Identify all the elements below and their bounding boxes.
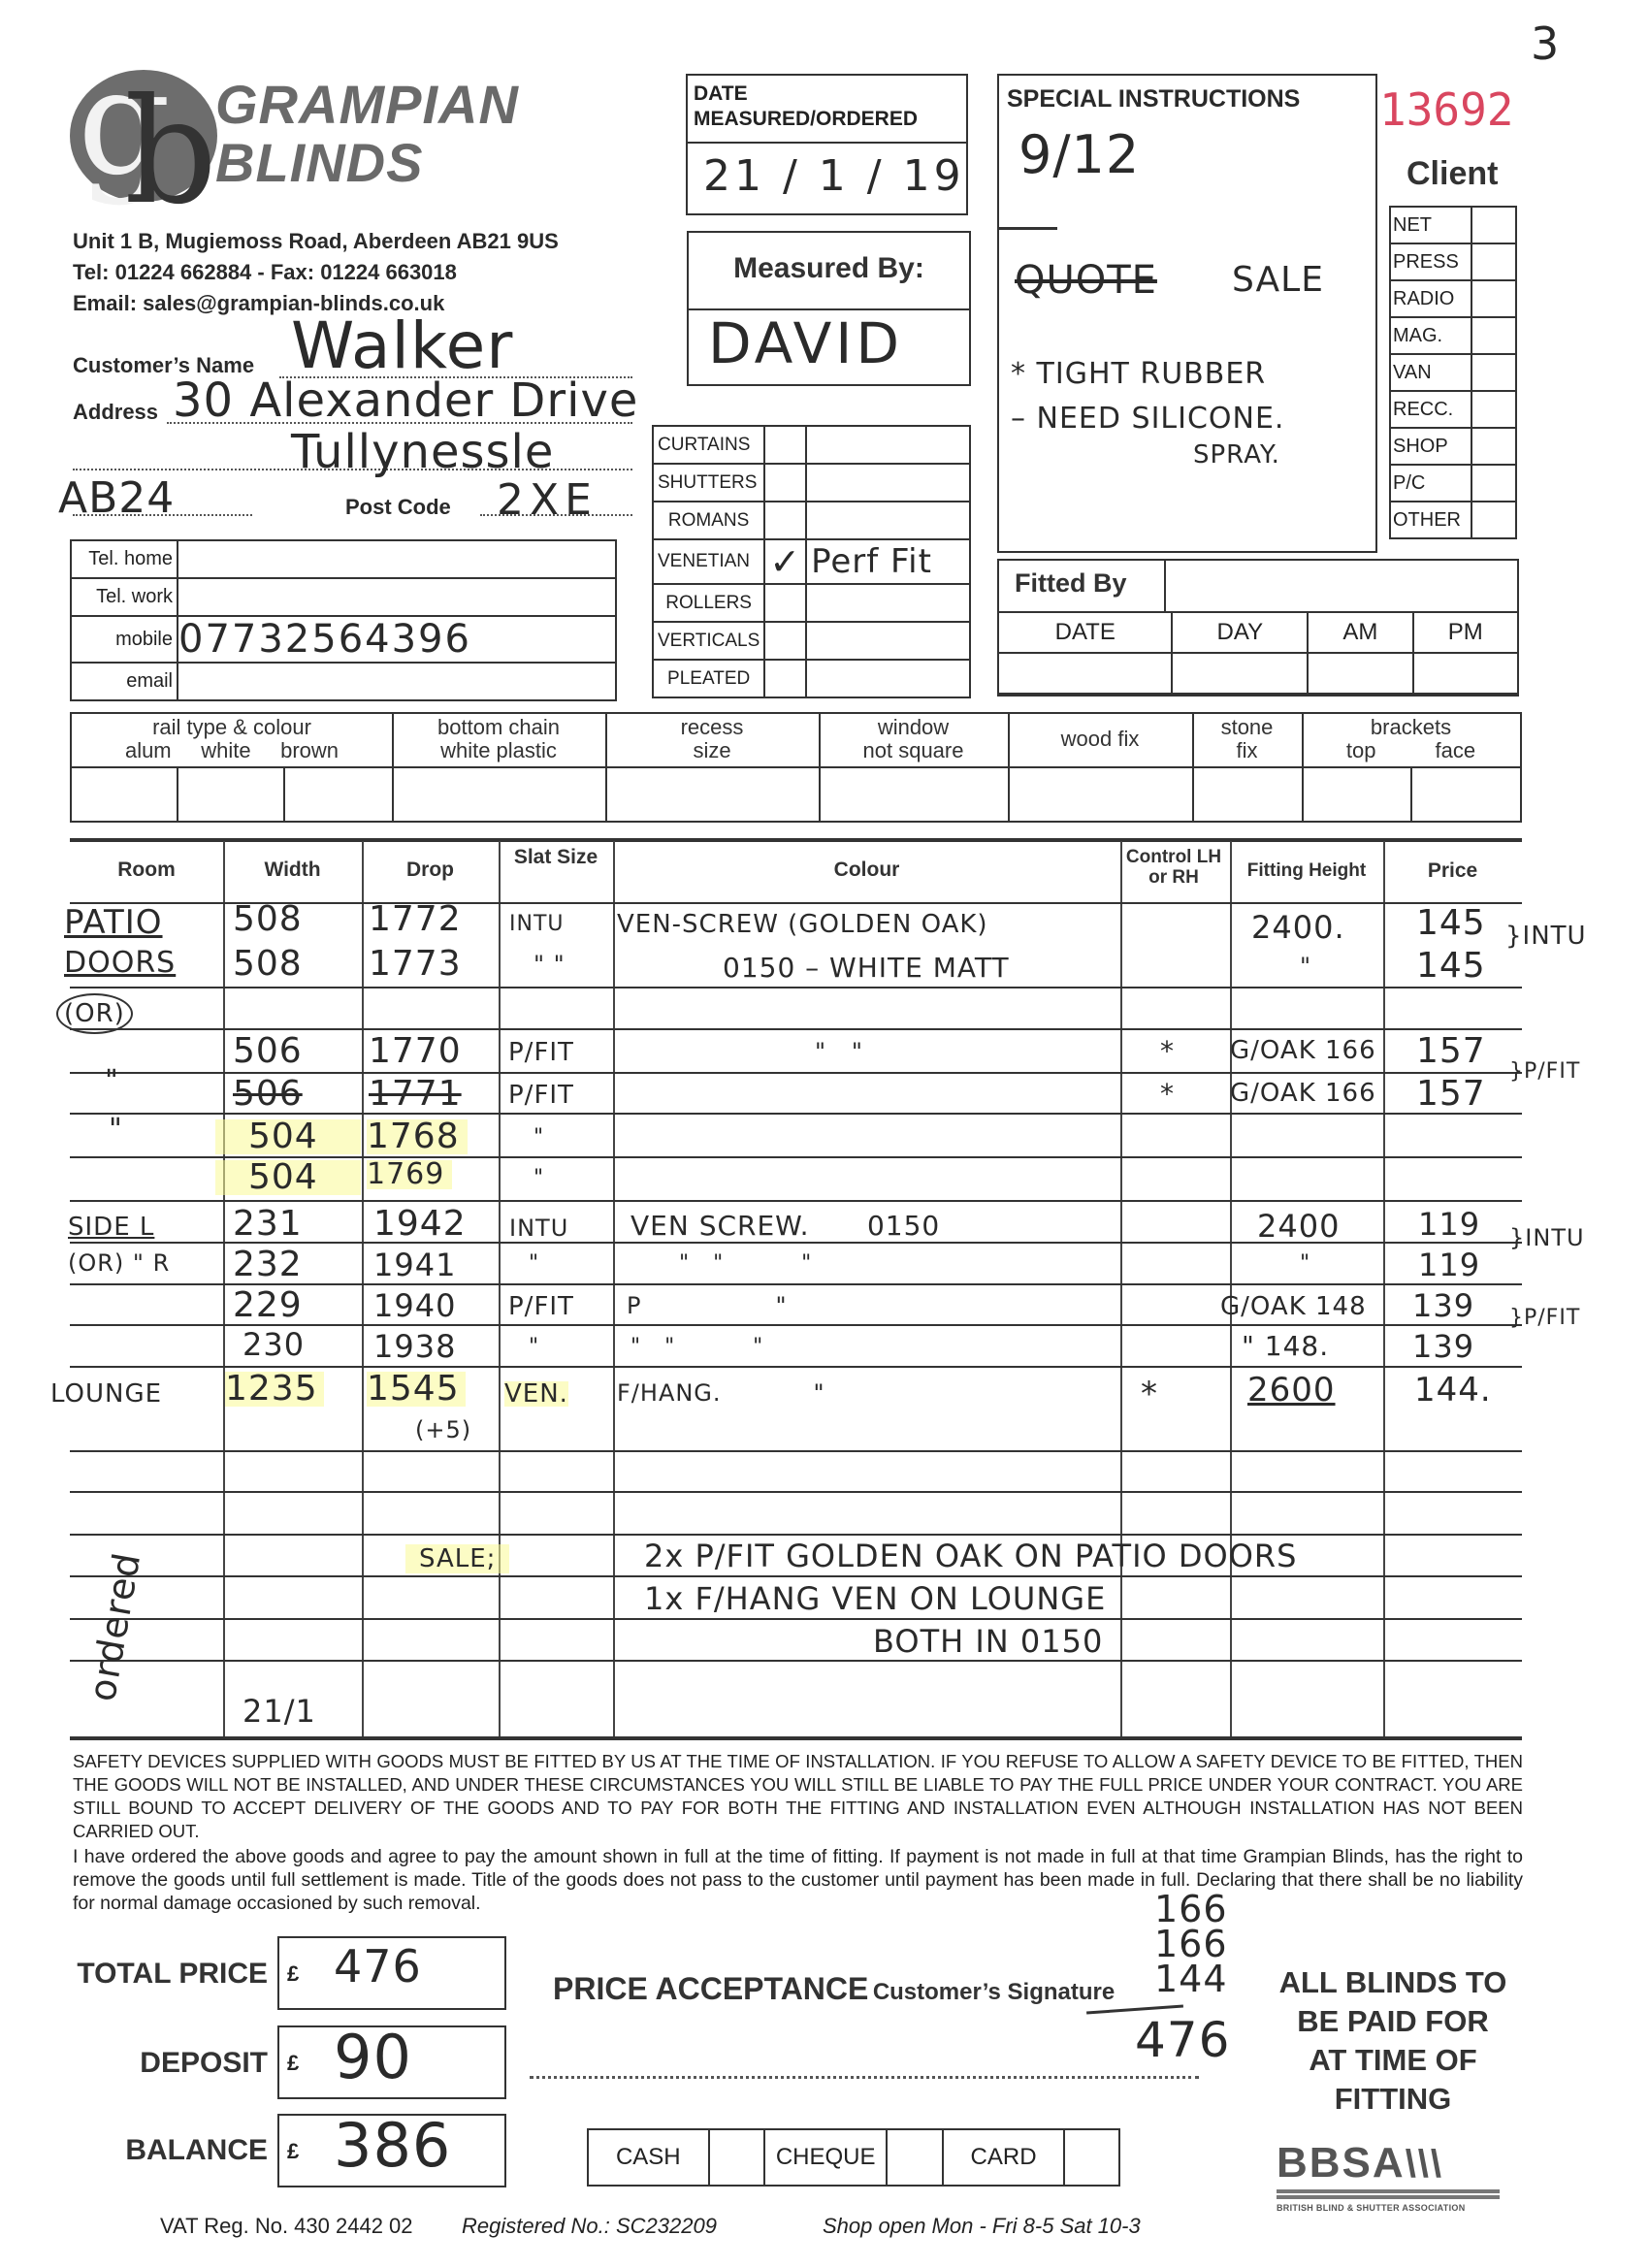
product-label: VENETIAN	[653, 539, 764, 584]
cell-slat: P/FIT	[508, 1083, 574, 1108]
product-label: CURTAINS	[653, 426, 764, 464]
cell-drop: 1769	[367, 1160, 452, 1189]
vat-number: VAT Reg. No. 430 2442 02	[160, 2214, 413, 2239]
cell-fitting-height: "	[1300, 1253, 1310, 1275]
cell-price: 144.	[1414, 1374, 1492, 1407]
rail-header-window: windownot square	[819, 716, 1008, 762]
product-note[interactable]	[806, 622, 970, 660]
client-option-checkbox[interactable]	[1471, 207, 1516, 243]
cell-fitting-height: G/OAK 148	[1220, 1294, 1367, 1319]
client-option-label: SHOP	[1390, 428, 1471, 465]
table-bottom-border	[70, 1736, 1522, 1740]
card-checkbox[interactable]	[1064, 2129, 1119, 2186]
cell-colour: " " "	[630, 1337, 763, 1358]
product-checkbox[interactable]	[764, 464, 806, 502]
cell-width: 1235	[225, 1372, 324, 1407]
tel-work-field[interactable]	[178, 578, 616, 616]
client-option-checkbox[interactable]	[1471, 465, 1516, 502]
calc-line: 166	[1154, 1927, 1228, 1961]
deposit-field[interactable]: 90	[334, 2022, 412, 2092]
contact-row: mobile 07732564396	[71, 616, 616, 663]
page-number-mark: 3	[1531, 17, 1560, 70]
divider	[688, 142, 966, 144]
fitted-col-day: DAY	[1172, 612, 1308, 653]
col-header-drop: Drop	[362, 859, 499, 881]
fitted-col-am: AM	[1308, 612, 1412, 653]
cell-colour: VEN-SCREW (GOLDEN OAK)	[617, 912, 988, 937]
cell-slat: VEN.	[504, 1381, 568, 1407]
col-header-width: Width	[223, 859, 362, 881]
order-number: 13692	[1379, 83, 1513, 136]
row-divider	[70, 1450, 1522, 1452]
cell-fitting-height: G/OAK 166	[1230, 1038, 1376, 1063]
notice-line: FITTING	[1247, 2080, 1538, 2119]
cell-fitting-height: G/OAK 166	[1230, 1081, 1376, 1106]
product-note[interactable]	[806, 584, 970, 622]
bbsa-bar	[1277, 2195, 1500, 2199]
bbsa-tagline: BRITISH BLIND & SHUTTER ASSOCIATION	[1277, 2203, 1500, 2213]
cell-colour: " "	[815, 1040, 863, 1063]
instructions-date-note[interactable]: 9/12	[1018, 124, 1140, 185]
fitted-pm-field[interactable]	[1413, 653, 1518, 694]
col-header-price: Price	[1383, 859, 1522, 882]
fitted-schedule-table: DATE DAY AM PM	[997, 611, 1519, 695]
cell-fitting-height: " 148.	[1242, 1333, 1329, 1360]
client-option-label: VAN	[1390, 354, 1471, 391]
payment-method-cheque: CHEQUE	[764, 2129, 887, 2186]
deposit-label: DEPOSIT	[74, 2047, 268, 2080]
divider	[613, 841, 615, 1738]
signature-line	[530, 2076, 1199, 2079]
product-checkbox[interactable]	[764, 426, 806, 464]
row-divider	[70, 1660, 1522, 1662]
client-option-checkbox[interactable]	[1471, 502, 1516, 538]
col-header-slat-size: Slat Size	[512, 846, 599, 868]
rail-header-bottom-chain: bottom chainwhite plastic	[392, 716, 605, 762]
rail-header-brackets: bracketstop face	[1302, 716, 1520, 762]
cell-price: 139	[1412, 1290, 1474, 1321]
safety-disclaimer: SAFETY DEVICES SUPPLIED WITH GOODS MUST …	[73, 1750, 1523, 1843]
client-option-label: RADIO	[1390, 280, 1471, 317]
date-label-line2: MEASURED/ORDERED	[694, 107, 918, 132]
cell-slat: INTU	[509, 914, 565, 935]
price-acceptance-heading: PRICE ACCEPTANCE Customer’s Signature	[553, 1971, 1115, 2007]
balance-label: BALANCE	[74, 2134, 268, 2167]
client-option-label: MAG.	[1390, 317, 1471, 354]
cell-colour: 0150 – WHITE MATT	[723, 955, 1010, 982]
cell-price: 145	[1416, 906, 1486, 941]
contact-row: Tel. home	[71, 540, 616, 578]
client-option-label: PRESS	[1390, 243, 1471, 280]
price-bracket-label: }INTU	[1509, 1224, 1585, 1251]
divider	[499, 841, 501, 1738]
address-field-line1[interactable]: 30 Alexander Drive	[173, 373, 638, 428]
deposit-box: £ 90	[277, 2025, 506, 2099]
cell-control: *	[1141, 1377, 1158, 1410]
calc-line: 166	[1154, 1892, 1228, 1927]
product-note[interactable]	[806, 426, 970, 464]
cell-slat: P/FIT	[508, 1040, 574, 1065]
cell-fitting-height: 2400.	[1251, 912, 1345, 943]
client-option-checkbox[interactable]	[1471, 317, 1516, 354]
cell-colour: F/HANG. "	[617, 1381, 825, 1405]
cell-price: 157	[1416, 1034, 1486, 1069]
date-label: DATE MEASURED/ORDERED	[694, 81, 918, 132]
rail-spec-table: rail type & colouralum white brown botto…	[70, 712, 1522, 823]
cell-slat: INTU	[509, 1216, 568, 1240]
client-option-label: P/C	[1390, 465, 1471, 502]
price-bracket-label: }P/FIT	[1509, 1306, 1580, 1330]
fitted-date-field[interactable]	[998, 653, 1172, 694]
total-price-box: £ 476	[277, 1936, 506, 2010]
cell-drop: 1768	[367, 1119, 468, 1154]
col-header-control: Control LH or RH	[1125, 848, 1222, 889]
product-label: PLEATED	[653, 660, 764, 697]
fitted-by-field[interactable]	[1174, 567, 1503, 605]
cell-room: SIDE L	[68, 1215, 154, 1240]
contact-table: Tel. home Tel. work mobile 07732564396 e…	[70, 539, 617, 701]
postcode-label: Post Code	[345, 495, 451, 520]
balance-field[interactable]: 386	[334, 2110, 451, 2181]
cell-width: 508	[233, 902, 303, 937]
product-label: ROMANS	[653, 502, 764, 539]
divider	[283, 766, 285, 821]
payment-notice: ALL BLINDS TO BE PAID FOR AT TIME OF FIT…	[1247, 1963, 1538, 2119]
cheque-checkbox[interactable]	[887, 2129, 943, 2186]
notice-line: BE PAID FOR	[1247, 2002, 1538, 2041]
cell-control: *	[1160, 1038, 1175, 1065]
cell-width: 232	[233, 1247, 303, 1282]
divider	[1120, 841, 1122, 1738]
cell-room: DOORS	[64, 949, 176, 978]
row-divider	[70, 1366, 1522, 1368]
cell-room: "	[109, 1116, 123, 1145]
col-header-colour: Colour	[613, 859, 1120, 881]
address-field-line2[interactable]: Tullynessle	[291, 425, 554, 479]
cell-room: LOUNGE	[50, 1381, 162, 1407]
cell-drop: 1772	[369, 902, 462, 937]
contact-label: mobile	[71, 616, 178, 663]
cell-price: 119	[1418, 1209, 1480, 1240]
pound-sign: £	[287, 1961, 299, 1987]
row-divider	[70, 1200, 1522, 1202]
price-acceptance-title: PRICE ACCEPTANCE	[553, 1971, 868, 2006]
contact-row: email	[71, 663, 616, 700]
total-price-field[interactable]: 476	[334, 1940, 422, 1993]
calc-total: 476	[1135, 2012, 1230, 2068]
payment-method-cash: CASH	[588, 2129, 709, 2186]
client-option-label: RECC.	[1390, 391, 1471, 428]
special-instructions-label: SPECIAL INSTRUCTIONS	[1007, 85, 1300, 113]
contact-label: email	[71, 663, 178, 700]
client-option-label: OTHER	[1390, 502, 1471, 538]
cell-room: PATIO	[64, 906, 163, 939]
cell-drop: 1773	[369, 947, 462, 982]
notice-line: AT TIME OF	[1247, 2041, 1538, 2080]
product-note[interactable]	[806, 464, 970, 502]
col-header-fitting-height: Fitting Height	[1230, 861, 1383, 882]
cell-colour: P "	[627, 1294, 788, 1317]
company-address: Unit 1 B, Mugiemoss Road, Aberdeen AB21 …	[73, 229, 559, 254]
cell-price: 145	[1416, 949, 1486, 984]
fitted-by-label: Fitted By	[1015, 568, 1127, 599]
ordered-note: ordered	[83, 1549, 145, 1703]
client-option-checkbox[interactable]	[1471, 354, 1516, 391]
col-header-room: Room	[70, 859, 223, 881]
product-note[interactable]	[806, 502, 970, 539]
address-label: Address	[73, 400, 158, 425]
cell-width: 506	[233, 1077, 303, 1112]
cell-fitting-height: 2400	[1257, 1211, 1340, 1242]
sale-note-line3: BOTH IN 0150	[873, 1626, 1103, 1657]
email-field[interactable]	[178, 663, 616, 700]
balance-box: £ 386	[277, 2114, 506, 2187]
row-divider	[70, 1028, 1522, 1030]
cell-fitting-height: "	[1300, 955, 1311, 978]
sale-note-line1: 2x P/FIT GOLDEN OAK ON PATIO DOORS	[644, 1540, 1297, 1571]
cell-width: 508	[233, 947, 303, 982]
product-checkbox[interactable]	[764, 660, 806, 697]
payment-method-card: CARD	[943, 2129, 1065, 2186]
contact-row: Tel. work	[71, 578, 616, 616]
divider	[177, 766, 178, 821]
client-source-table: NET PRESS RADIO MAG. VAN RECC. SHOP P/C …	[1389, 206, 1517, 539]
product-checkbox[interactable]	[764, 502, 806, 539]
measured-by-label: Measured By:	[689, 252, 969, 285]
registered-number: Registered No.: SC232209	[462, 2214, 717, 2239]
cash-checkbox[interactable]	[709, 2129, 765, 2186]
client-option-checkbox[interactable]	[1471, 391, 1516, 428]
signature-label: Customer’s Signature	[873, 1979, 1115, 2005]
cell-width: 231	[233, 1207, 303, 1242]
cell-price: 157	[1416, 1077, 1486, 1112]
quote-struck-text: QUOTE	[1015, 258, 1157, 303]
fitted-am-field[interactable]	[1308, 653, 1412, 694]
cell-slat: "	[533, 1168, 544, 1189]
fitted-day-field[interactable]	[1172, 653, 1308, 694]
brand-name-line1: GRAMPIAN	[215, 73, 519, 136]
divider	[223, 841, 225, 1738]
postcode-field[interactable]: 2XE	[497, 475, 598, 525]
measured-by-field[interactable]: DAVID	[708, 310, 903, 376]
ink-line	[999, 227, 1057, 230]
row-divider	[70, 987, 1522, 988]
tel-home-field[interactable]	[178, 540, 616, 578]
cell-fitting-height: 2600	[1247, 1374, 1336, 1407]
instruction-note-line2[interactable]: – NEED SILICONE.	[1011, 402, 1284, 436]
client-source-label: Client	[1406, 155, 1498, 193]
cell-colour: VEN SCREW. 0150	[630, 1213, 940, 1240]
cell-room-or-circled: (OR)	[56, 993, 133, 1034]
client-option-checkbox[interactable]	[1471, 280, 1516, 317]
contact-label: Tel. home	[71, 540, 178, 578]
divider	[1230, 841, 1232, 1738]
bbsa-logo-text: BBSA\\\	[1277, 2142, 1500, 2186]
cell-slat: P/FIT	[508, 1294, 574, 1319]
cell-slat: " "	[533, 953, 566, 976]
brand-name-line2: BLINDS	[215, 131, 423, 194]
bbsa-bar	[1277, 2189, 1500, 2193]
date-label-line1: DATE	[694, 81, 918, 107]
divider	[1383, 841, 1385, 1738]
product-checkbox[interactable]	[764, 584, 806, 622]
total-price-label: TOTAL PRICE	[74, 1958, 268, 1991]
product-note[interactable]	[806, 660, 970, 697]
cell-colour: " " "	[679, 1253, 812, 1275]
rail-header-rail-type: rail type & colouralum white brown	[72, 716, 392, 762]
pound-sign: £	[287, 2139, 299, 2164]
date-measured-box: DATE MEASURED/ORDERED 21 / 1 / 19	[686, 74, 968, 215]
price-bracket-label: }P/FIT	[1509, 1059, 1580, 1084]
cell-room: "	[105, 1067, 119, 1096]
product-checkbox[interactable]	[764, 622, 806, 660]
special-instructions-box: SPECIAL INSTRUCTIONS 9/12 QUOTE SALE * T…	[997, 74, 1377, 553]
cell-price: 139	[1412, 1331, 1474, 1362]
product-label: SHUTTERS	[653, 464, 764, 502]
calc-line: 144	[1154, 1961, 1228, 1996]
ordered-date-note: 21/1	[242, 1696, 316, 1727]
instruction-note-line1[interactable]: * TIGHT RUBBER	[1011, 357, 1266, 391]
venetian-note[interactable]: Perf Fit	[806, 539, 970, 584]
payment-method-table: CASH CHEQUE CARD	[587, 2128, 1120, 2187]
logo-letter-b: b	[124, 80, 217, 225]
cell-drop: 1942	[373, 1207, 467, 1242]
payment-agreement: I have ordered the above goods and agree…	[73, 1845, 1523, 1915]
cell-width: 504	[215, 1119, 361, 1154]
cell-drop-note: (+5)	[415, 1418, 471, 1442]
client-option-checkbox[interactable]	[1471, 243, 1516, 280]
row-divider	[70, 1575, 1522, 1577]
cell-width: 229	[233, 1288, 303, 1323]
cell-slat: "	[529, 1253, 539, 1275]
cell-slat: "	[533, 1127, 544, 1149]
cell-drop: 1938	[373, 1331, 456, 1362]
client-option-checkbox[interactable]	[1471, 428, 1516, 465]
sale-note-line2: 1x F/HANG VEN ON LOUNGE	[644, 1583, 1106, 1614]
contact-label: Tel. work	[71, 578, 178, 616]
customer-name-field[interactable]: Walker	[291, 308, 513, 383]
rail-header-recess: recesssize	[605, 716, 819, 762]
cell-slat: "	[529, 1337, 539, 1358]
cell-drop: 1940	[373, 1290, 456, 1321]
date-measured-field[interactable]: 21 / 1 / 19	[703, 151, 965, 201]
pound-sign: £	[287, 2051, 299, 2076]
row-divider	[70, 1618, 1522, 1620]
cell-width: 504	[215, 1160, 361, 1195]
price-bracket-label: }INTU	[1505, 922, 1587, 951]
rail-header-wood-fix: wood fix	[1008, 728, 1192, 751]
product-type-table: CURTAINS SHUTTERS ROMANS VENETIAN✓Perf F…	[652, 425, 971, 698]
venetian-checkbox[interactable]: ✓	[764, 539, 806, 584]
product-label: VERTICALS	[653, 622, 764, 660]
calculation-notes: 166 166 144	[1154, 1892, 1228, 1996]
rail-header-stone-fix: stonefix	[1192, 716, 1302, 762]
address-field-line3[interactable]: AB24	[58, 473, 175, 523]
mobile-field[interactable]: 07732564396	[178, 616, 616, 663]
fitted-col-date: DATE	[998, 612, 1172, 653]
product-label: ROLLERS	[653, 584, 764, 622]
cell-room: (OR) " R	[68, 1251, 170, 1275]
company-phone-fax: Tel: 01224 662884 - Fax: 01224 663018	[73, 260, 457, 285]
shop-hours: Shop open Mon - Fri 8-5 Sat 10-3	[823, 2214, 1141, 2239]
measured-by-box: Measured By: DAVID	[687, 231, 971, 386]
customer-signature-field[interactable]	[530, 2033, 1199, 2072]
client-option-label: NET	[1390, 207, 1471, 243]
cell-drop: 1545	[367, 1372, 466, 1407]
instruction-note-line3[interactable]: SPRAY.	[1193, 440, 1280, 470]
notice-line: ALL BLINDS TO	[1247, 1963, 1538, 2002]
fitted-by-box: Fitted By DATE DAY AM PM	[997, 559, 1519, 697]
table-top-border	[70, 838, 1522, 842]
cell-drop: 1770	[369, 1034, 462, 1069]
cell-width: 230	[242, 1329, 305, 1360]
fitted-col-pm: PM	[1413, 612, 1518, 653]
cell-drop: 1941	[373, 1249, 456, 1280]
row-divider	[70, 1534, 1522, 1536]
sale-status[interactable]: SALE	[1232, 260, 1324, 300]
divider	[1410, 766, 1412, 821]
bbsa-logo: BBSA\\\ BRITISH BLIND & SHUTTER ASSOCIAT…	[1277, 2142, 1500, 2213]
row-divider	[70, 1491, 1522, 1493]
cell-width: 506	[233, 1034, 303, 1069]
divider	[1164, 561, 1166, 611]
cell-price: 119	[1418, 1249, 1480, 1280]
divider	[362, 841, 364, 1738]
sale-note-label: SALE;	[405, 1544, 509, 1573]
cell-drop: 1771	[369, 1077, 462, 1112]
cell-control: *	[1160, 1081, 1175, 1108]
